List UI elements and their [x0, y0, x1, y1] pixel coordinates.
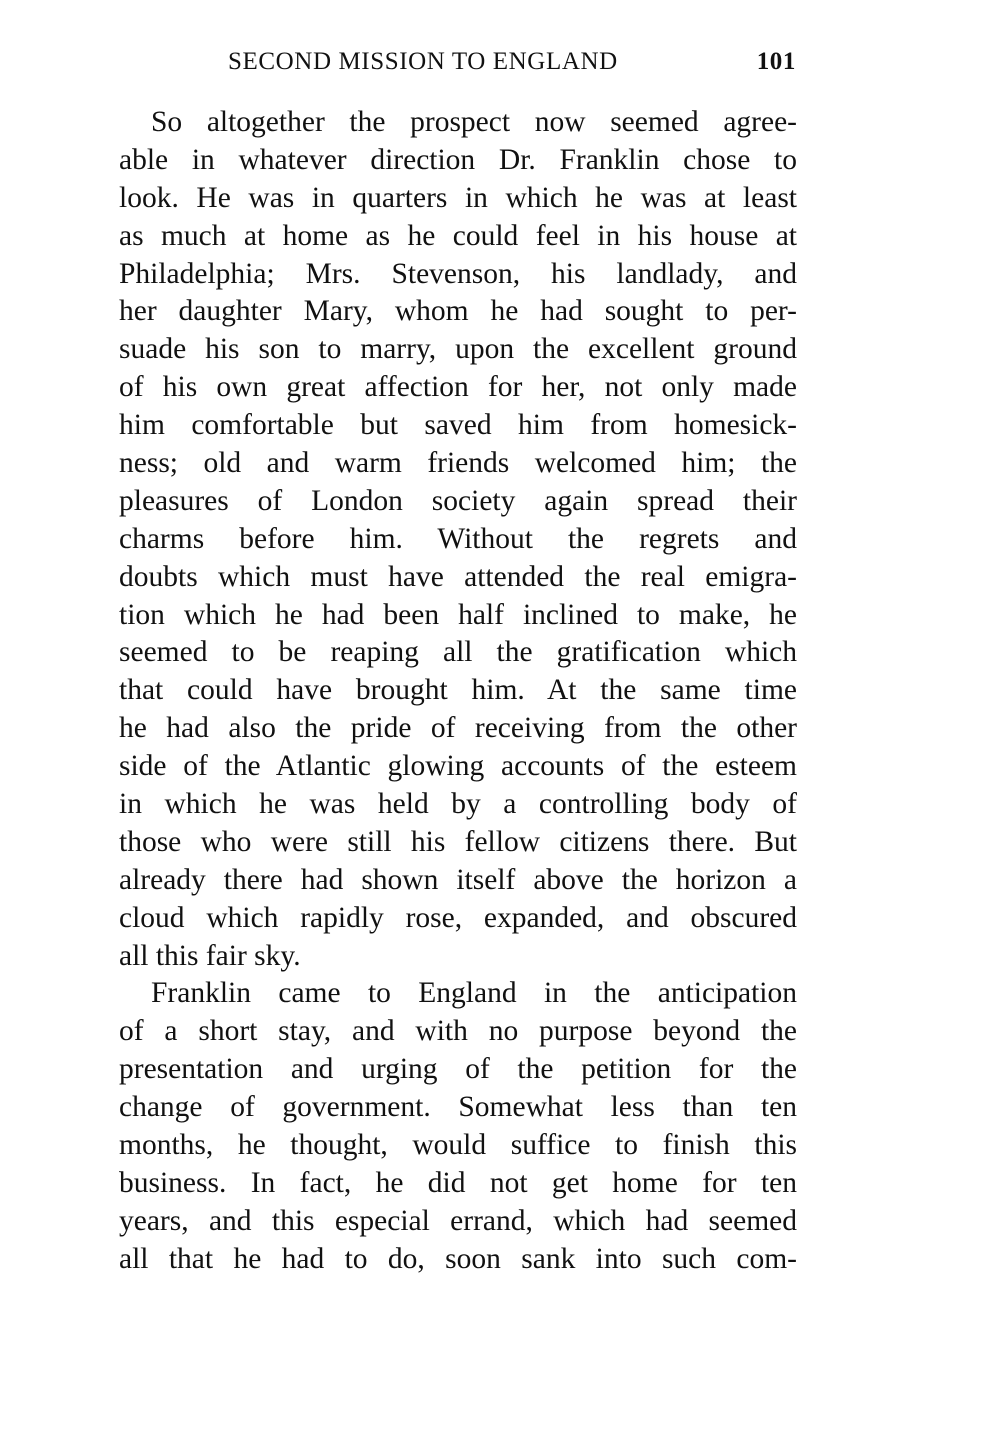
text-line: pleasures of London society again spread… — [119, 483, 797, 521]
text-line: her daughter Mary, whom he had sought to… — [119, 293, 797, 331]
text-line: cloud which rapidly rose, expanded, and … — [119, 900, 797, 938]
text-line: those who were still his fellow citizens… — [119, 824, 797, 862]
text-line: months, he thought, would suffice to fin… — [119, 1127, 797, 1165]
text-line: years, and this especial errand, which h… — [119, 1203, 797, 1241]
text-line: ness; old and warm friends welcomed him;… — [119, 445, 797, 483]
text-line: change of government. Somewhat less than… — [119, 1089, 797, 1127]
paragraph-1: So altogether the prospect now seemed ag… — [119, 104, 797, 975]
text-line: as much at home as he could feel in his … — [119, 218, 797, 256]
running-head: SECOND MISSION TO ENGLAND 101 — [228, 48, 796, 84]
text-line: all this fair sky. — [119, 938, 797, 976]
text-line: business. In fact, he did not get home f… — [119, 1165, 797, 1203]
text-line: seemed to be reaping all the gratificati… — [119, 634, 797, 672]
text-line: So altogether the prospect now seemed ag… — [119, 104, 797, 142]
text-line: he had also the pride of receiving from … — [119, 710, 797, 748]
text-line: presentation and urging of the petition … — [119, 1051, 797, 1089]
text-line: doubts which must have attended the real… — [119, 559, 797, 597]
text-line: tion which he had been half inclined to … — [119, 597, 797, 635]
text-line: side of the Atlantic glowing accounts of… — [119, 748, 797, 786]
text-line: charms before him. Without the regrets a… — [119, 521, 797, 559]
text-line: him comfortable but saved him from homes… — [119, 407, 797, 445]
text-line: all that he had to do, soon sank into su… — [119, 1241, 797, 1279]
book-page: SECOND MISSION TO ENGLAND 101 So altoget… — [0, 0, 1000, 1433]
body-text: So altogether the prospect now seemed ag… — [119, 104, 797, 1279]
paragraph-2: Franklin came to England in the anticipa… — [119, 975, 797, 1278]
text-line: of his own great affection for her, not … — [119, 369, 797, 407]
text-line: Franklin came to England in the anticipa… — [119, 975, 797, 1013]
text-line: suade his son to marry, upon the excelle… — [119, 331, 797, 369]
text-line: Philadelphia; Mrs. Stevenson, his landla… — [119, 256, 797, 294]
text-line: already there had shown itself above the… — [119, 862, 797, 900]
text-line: in which he was held by a controlling bo… — [119, 786, 797, 824]
text-line: that could have brought him. At the same… — [119, 672, 797, 710]
text-line: of a short stay, and with no purpose bey… — [119, 1013, 797, 1051]
page-number: 101 — [757, 48, 796, 76]
text-line: able in whatever direction Dr. Franklin … — [119, 142, 797, 180]
text-line: look. He was in quarters in which he was… — [119, 180, 797, 218]
running-head-title: SECOND MISSION TO ENGLAND — [228, 48, 618, 76]
